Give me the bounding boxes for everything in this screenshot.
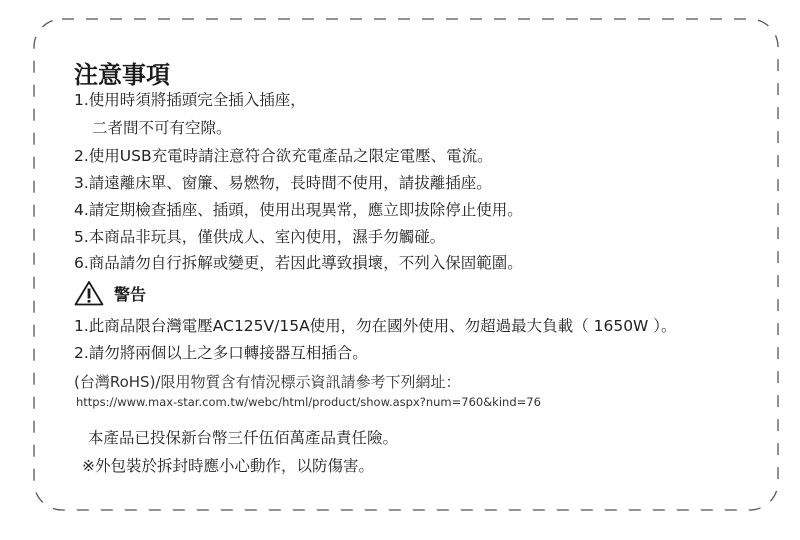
notice-item-4: 4.請定期檢查插座、插頭，使用出現異常，應立即拔除停止使用。 — [74, 200, 523, 220]
warning-item-1: 1.此商品限台灣電壓AC125V/15A使用，勿在國外使用、勿超過最大負載（ 1… — [74, 316, 677, 336]
packaging-caution: ※外包裝於拆封時應小心動作，以防傷害。 — [82, 456, 374, 476]
notice-item-1: 1.使用時須將插頭完全插入插座， — [74, 90, 306, 110]
notice-item-6: 6.商品請勿自行拆解或變更，若因此導致損壞，不列入保固範圍。 — [74, 253, 523, 273]
notice-title: 注意事項 — [74, 55, 170, 90]
rohs-url: https://www.max-star.com.tw/webc/html/pr… — [76, 392, 541, 412]
warning-header: 警告 — [74, 280, 146, 306]
warning-item-2: 2.請勿將兩個以上之多口轉接器互相插合。 — [74, 343, 368, 363]
warning-triangle-icon — [74, 280, 104, 306]
notice-item-5: 5.本商品非玩具，僅供成人、室內使用，濕手勿觸碰。 — [74, 227, 445, 247]
notice-item-2: 2.使用USB充電時請注意符合欲充電產品之限定電壓、電流。 — [74, 146, 493, 166]
warning-label: 警告 — [114, 282, 146, 305]
notice-item-1-cont: 二者間不可有空隙。 — [92, 118, 232, 138]
notice-item-3: 3.請遠離床單、窗簾、易燃物，長時間不使用，請拔離插座。 — [74, 173, 492, 193]
insurance-note: 本產品已投保新台幣三仟伍佰萬產品責任險。 — [88, 428, 398, 448]
rohs-text: (台灣RoHS)/限用物質含有情況標示資訊請參考下列網址： — [74, 372, 461, 392]
